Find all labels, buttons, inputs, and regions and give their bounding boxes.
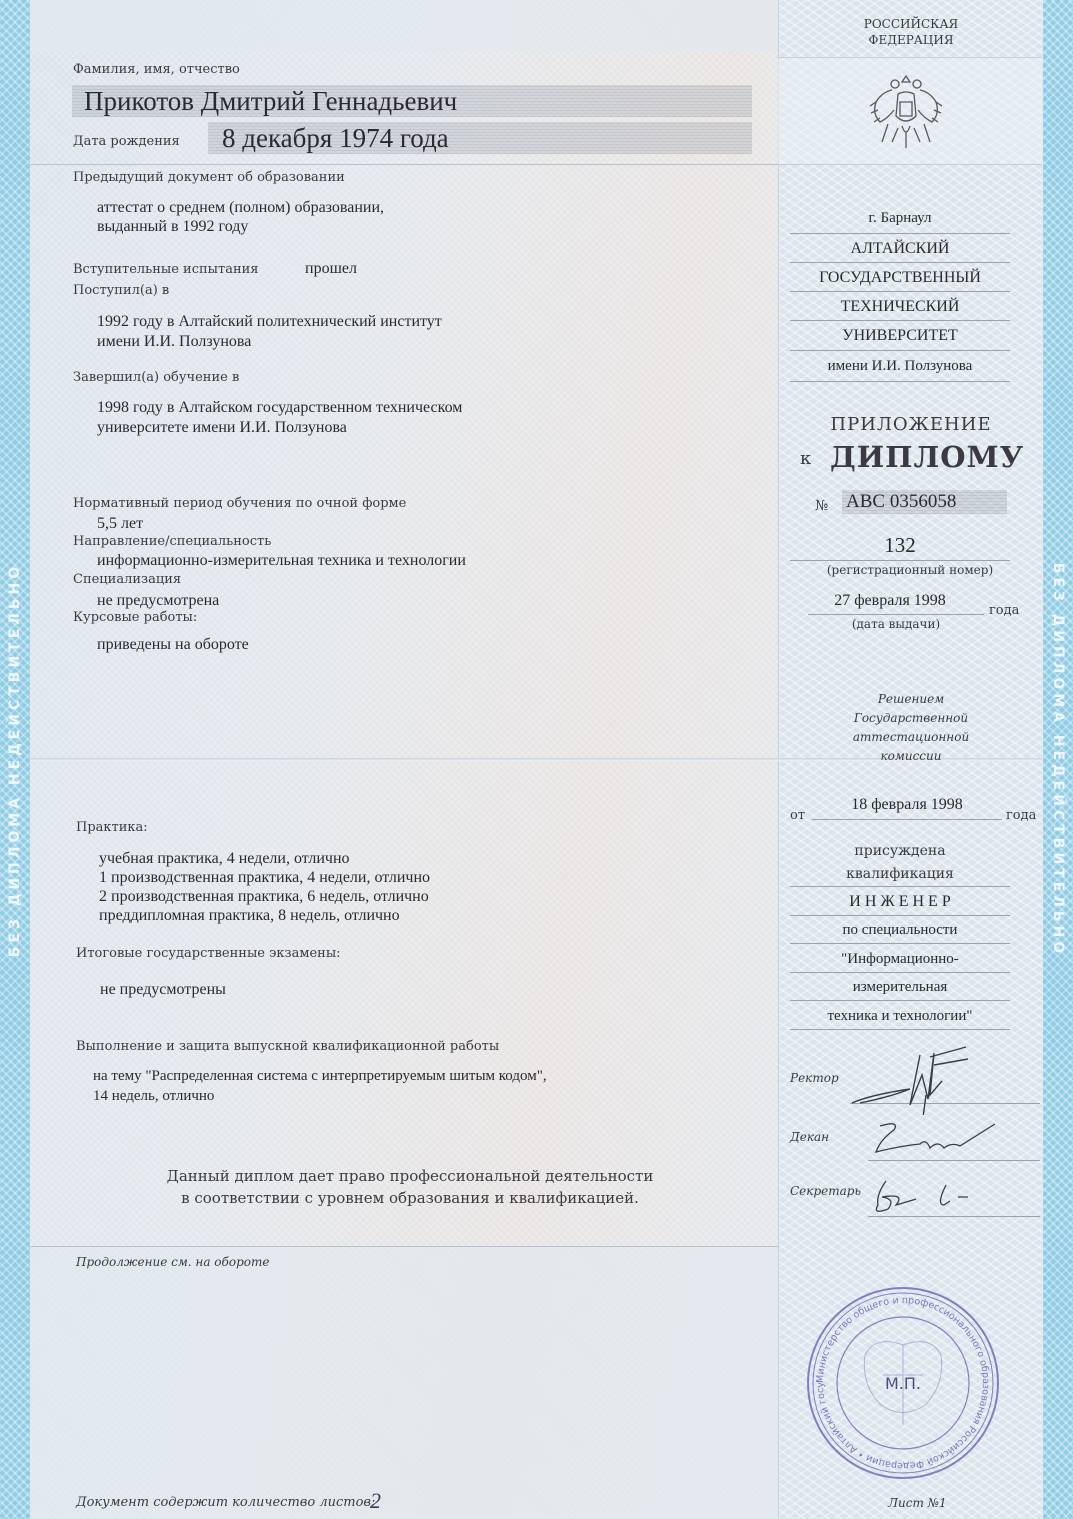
registration-number: 132 xyxy=(790,533,1010,558)
thesis-label: Выполнение и защита выпускной квалификац… xyxy=(76,1039,499,1054)
rights-line: в соответствии с уровнем образования и к… xyxy=(100,1187,720,1209)
thesis-line: на тему "Распределенная система с интерп… xyxy=(93,1068,547,1085)
coursework-label: Курсовые работы: xyxy=(73,610,197,625)
diploma-number: АВС 0356058 xyxy=(842,490,1007,514)
divider xyxy=(30,1246,778,1247)
practice-item: 2 производственная практика, 6 недель, о… xyxy=(99,888,429,906)
rule xyxy=(790,381,1010,382)
commission-line: аттестационной xyxy=(780,728,1042,747)
commission-line: Государственной xyxy=(780,709,1042,728)
specialty-line: измерительная xyxy=(790,979,1010,996)
exams-label: Итоговые государственные экзамены: xyxy=(76,946,341,961)
institution-line: УНИВЕРСИТЕТ xyxy=(790,327,1010,345)
coursework-value: приведены на обороте xyxy=(97,636,249,654)
commission-year-word: года xyxy=(1006,808,1036,823)
name-label: Фамилия, имя, отчество xyxy=(73,62,240,77)
qualification: И Н Ж Е Н Е Р xyxy=(790,893,1010,911)
issue-year-word: года xyxy=(989,603,1019,618)
country-name: РОССИЙСКАЯ ФЕДЕРАЦИЯ xyxy=(780,16,1042,48)
registration-caption: (регистрационный номер) xyxy=(790,563,1030,577)
finished-label: Завершил(а) обучение в xyxy=(73,370,239,385)
practice-label: Практика: xyxy=(76,820,148,835)
rule xyxy=(808,614,984,615)
country-line: РОССИЙСКАЯ xyxy=(780,16,1042,32)
rule xyxy=(790,560,1010,561)
commission-line: комиссии xyxy=(780,747,1042,766)
period-value: 5,5 лет xyxy=(97,515,143,533)
commission-text: Решением Государственной аттестационной … xyxy=(780,690,1042,766)
specialty-line: "Информационно- xyxy=(790,951,1010,968)
rector-label: Ректор xyxy=(790,1071,839,1085)
official-stamp: Министерство общего и профессионального … xyxy=(805,1285,1001,1481)
commission-line: Решением xyxy=(780,690,1042,709)
birth-label: Дата рождения xyxy=(73,134,180,149)
rule xyxy=(790,1000,1010,1001)
diploma-appendix-page: БЕЗ ДИПЛОМА НЕДЕЙСТВИТЕЛЬНО БЕЗ ДИПЛОМА … xyxy=(0,0,1073,1519)
exams-value: не предусмотрены xyxy=(100,981,226,999)
rule xyxy=(790,262,1010,263)
commission-date: 18 февраля 1998 xyxy=(812,796,1002,814)
number-sign: № xyxy=(815,498,828,514)
right-stripe-text: БЕЗ ДИПЛОМА НЕДЕЙСТВИТЕЛЬНО xyxy=(1050,562,1066,956)
appendix-title: ПРИЛОЖЕНИЕ xyxy=(780,414,1042,435)
rule xyxy=(790,915,1010,916)
specialty-line: техника и технологии" xyxy=(790,1008,1010,1025)
appendix-title-diploma: ДИПЛОМУ xyxy=(830,440,1024,474)
prev-doc-label: Предыдущий документ об образовании xyxy=(73,170,345,185)
period-label: Нормативный период обучения по очной фор… xyxy=(73,496,406,511)
institution-line: АЛТАЙСКИЙ xyxy=(790,240,1010,258)
issue-caption: (дата выдачи) xyxy=(808,617,984,631)
name-value: Прикотов Дмитрий Геннадьевич xyxy=(72,85,752,117)
enrolled-line: 1992 году в Алтайский политехнический ин… xyxy=(97,313,442,331)
enrolled-line: имени И.И. Ползунова xyxy=(97,333,251,351)
finished-line: 1998 году в Алтайском государственном те… xyxy=(97,399,462,417)
right-security-stripe: БЕЗ ДИПЛОМА НЕДЕЙСТВИТЕЛЬНО xyxy=(1042,0,1073,1519)
stamp-center-text: М.П. xyxy=(885,1374,921,1393)
dean-label: Декан xyxy=(790,1130,829,1144)
bottom-band xyxy=(30,1246,778,1519)
institution-line: ТЕХНИЧЕСКИЙ xyxy=(790,298,1010,316)
specialization-value: не предусмотрена xyxy=(97,592,219,610)
prev-doc-line: аттестат о среднем (полном) образовании, xyxy=(97,199,384,217)
left-security-stripe: БЕЗ ДИПЛОМА НЕДЕЙСТВИТЕЛЬНО xyxy=(0,0,30,1519)
institution-line: имени И.И. Ползунова xyxy=(790,358,1010,375)
city: г. Барнаул xyxy=(790,210,1010,227)
appendix-title-k: к xyxy=(800,448,811,469)
rule xyxy=(790,233,1010,234)
rule xyxy=(812,819,1002,820)
dean-signature xyxy=(860,1118,1000,1163)
rule xyxy=(790,943,1010,944)
practice-item: учебная практика, 4 недели, отлично xyxy=(99,850,350,868)
awarded-line: присуждена xyxy=(790,843,1010,859)
specialty-value: информационно-измерительная техника и те… xyxy=(97,552,466,570)
birth-value: 8 декабря 1974 года xyxy=(208,122,752,154)
thesis-line: 14 недель, отлично xyxy=(93,1088,214,1105)
specialty-label: Направление/специальность xyxy=(73,534,271,549)
rule xyxy=(790,972,1010,973)
entrance-value: прошел xyxy=(305,260,357,278)
enrolled-label: Поступил(а) в xyxy=(73,283,169,298)
specialization-label: Специализация xyxy=(73,572,181,587)
rule xyxy=(790,886,1010,887)
rule xyxy=(790,291,1010,292)
awarded-line: квалификация xyxy=(790,866,1010,882)
top-band xyxy=(30,0,778,52)
country-line: ФЕДЕРАЦИЯ xyxy=(780,32,1042,48)
institution-line: ГОСУДАРСТВЕННЫЙ xyxy=(790,269,1010,287)
prev-doc-line: выданный в 1992 году xyxy=(97,218,248,236)
sheets-label: Документ содержит количество листов: xyxy=(76,1495,375,1510)
rule xyxy=(790,350,1010,351)
sheets-value: 2 xyxy=(370,1488,381,1514)
divider xyxy=(30,164,778,165)
sheet-number: Лист №1 xyxy=(888,1496,947,1510)
double-headed-eagle-icon xyxy=(862,66,950,156)
finished-line: университете имени И.И. Ползунова xyxy=(97,419,347,437)
practice-item: преддипломная практика, 8 недель, отличн… xyxy=(99,907,400,925)
commission-from: от xyxy=(790,808,805,823)
left-stripe-text: БЕЗ ДИПЛОМА НЕДЕЙСТВИТЕЛЬНО xyxy=(7,562,23,956)
secretary-signature xyxy=(866,1175,986,1220)
specialty-label-right: по специальности xyxy=(790,922,1010,939)
issue-date: 27 февраля 1998 xyxy=(805,592,975,610)
secretary-label: Секретарь xyxy=(790,1184,861,1198)
rector-signature xyxy=(850,1045,970,1115)
rule xyxy=(790,1029,1010,1030)
continued-note: Продолжение см. на обороте xyxy=(76,1255,269,1269)
rule xyxy=(790,320,1010,321)
practice-item: 1 производственная практика, 4 недели, о… xyxy=(99,869,430,887)
rights-statement: Данный диплом дает право профессионально… xyxy=(100,1165,720,1209)
entrance-label: Вступительные испытания xyxy=(73,262,259,277)
rights-line: Данный диплом дает право профессионально… xyxy=(100,1165,720,1187)
